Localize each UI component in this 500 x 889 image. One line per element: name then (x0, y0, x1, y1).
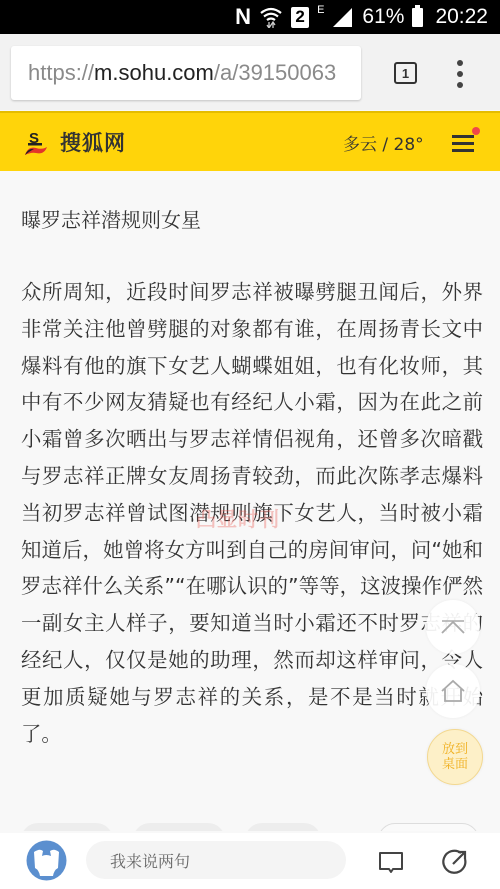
dot-icon (457, 82, 463, 88)
tag-chip[interactable]: 罗志祥 (21, 823, 113, 831)
add-to-desktop-button[interactable]: 放到 桌面 (427, 729, 483, 785)
url-host: m.sohu.com (94, 60, 214, 86)
url-scheme: https:// (28, 60, 94, 86)
add-to-desktop-label-2: 桌面 (442, 757, 468, 772)
hamburger-menu-button[interactable] (452, 132, 476, 154)
signal-icon (332, 7, 354, 27)
network-type-label: E (317, 4, 324, 16)
back-to-top-button[interactable] (426, 600, 480, 654)
site-name[interactable]: 搜狐网 (60, 127, 126, 157)
add-to-desktop-label-1: 放到 (442, 742, 468, 757)
menu-line (452, 149, 474, 152)
comment-input[interactable]: 我来说两句 (86, 841, 346, 879)
more-tags-button[interactable] (378, 823, 479, 831)
share-icon (441, 848, 469, 876)
menu-line (452, 142, 474, 145)
comment-icon (378, 850, 404, 876)
wifi-icon (259, 6, 283, 28)
browser-toolbar: https://m.sohu.com/a/39150063 1 (0, 34, 500, 110)
site-header: S 搜狐网 多云 / 28° (0, 111, 500, 171)
overflow-menu-button[interactable] (455, 60, 465, 88)
tab-switcher-button[interactable]: 1 (394, 62, 417, 84)
weather-info[interactable]: 多云 / 28° (343, 130, 424, 155)
sohu-logo-icon[interactable]: S (22, 128, 49, 156)
sim-slot-icon: 2 (291, 7, 309, 28)
bottom-comment-bar: 我来说两句 (0, 833, 500, 889)
status-bar: N 2 E 61% 20:22 (0, 0, 500, 34)
menu-line (452, 135, 474, 138)
battery-percent: 61% (362, 5, 404, 29)
chevron-up-icon (441, 620, 465, 634)
tag-chip[interactable]: 小霜 (245, 823, 321, 831)
comments-button[interactable] (378, 850, 404, 876)
tag-list: 罗志祥 陈孝志 小霜 (21, 823, 321, 831)
battery-icon (412, 8, 423, 27)
article-body: 众所周知，近段时间罗志祥被曝劈腿丑闻后，外界非常关注他曾劈腿的对象都有谁，在周扬… (21, 274, 483, 752)
dot-icon (457, 71, 463, 77)
tag-chip[interactable]: 陈孝志 (133, 823, 225, 831)
article: 曝罗志祥潜规则女星 众所周知，近段时间罗志祥被曝劈腿丑闻后，外界非常关注他曾劈腿… (0, 171, 500, 831)
home-button[interactable] (426, 664, 480, 718)
url-bar[interactable]: https://m.sohu.com/a/39150063 (11, 46, 361, 100)
dot-icon (457, 60, 463, 66)
nfc-icon: N (235, 4, 251, 30)
article-title: 曝罗志祥潜规则女星 (21, 204, 201, 233)
clock: 20:22 (435, 5, 488, 29)
share-button[interactable] (441, 848, 469, 876)
home-icon (440, 679, 466, 703)
avatar[interactable] (26, 840, 67, 881)
notification-dot (472, 127, 480, 135)
url-path: /a/39150063 (214, 60, 336, 86)
